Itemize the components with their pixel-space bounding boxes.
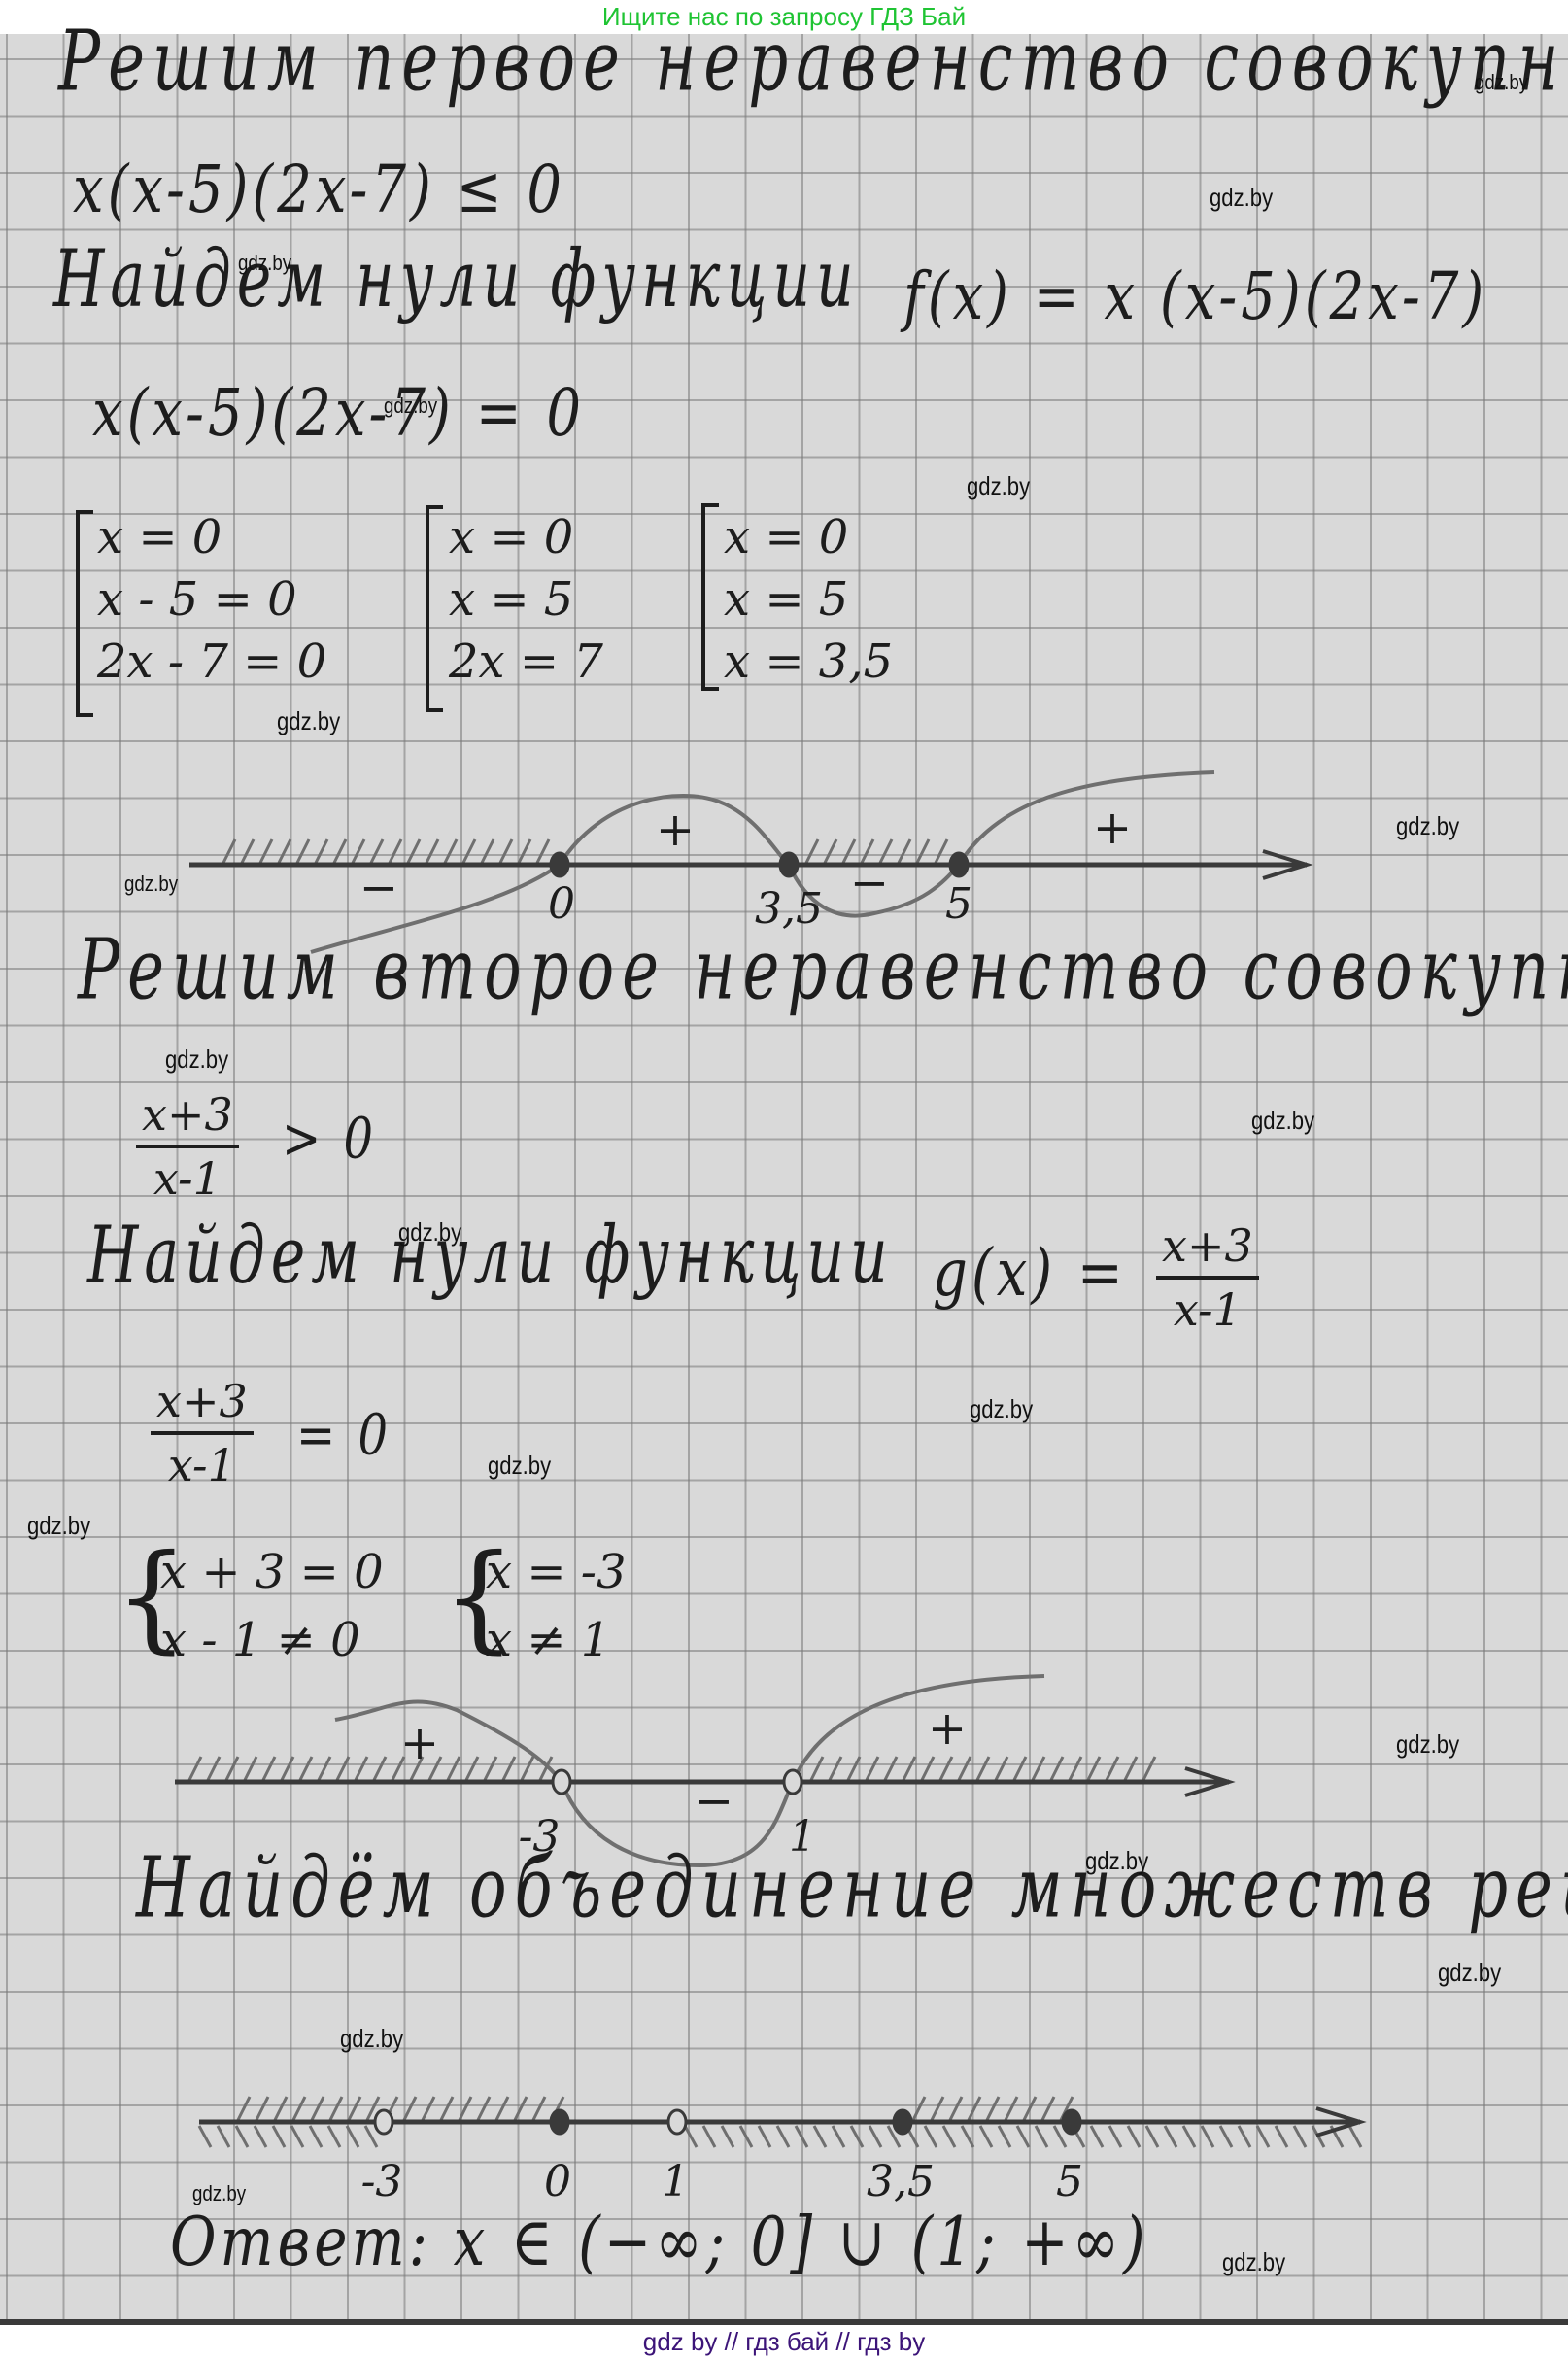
- part1-function: f(x) = x (x-5)(2x-7): [903, 259, 1487, 335]
- watermark: gdz.by: [165, 1044, 228, 1075]
- system-2: x = 0 x = 5 2x = 7: [449, 510, 603, 689]
- watermark: gdz.by: [238, 251, 291, 276]
- watermark: gdz.by: [1210, 183, 1273, 213]
- system-2-line-3: 2x = 7: [449, 634, 603, 689]
- svg-text:0: 0: [544, 2157, 571, 2206]
- svg-text:-3: -3: [361, 2157, 403, 2206]
- part2-function-name: g(x) =: [933, 1236, 1127, 1312]
- set-bracket-3: [701, 503, 719, 691]
- svg-text:5: 5: [1056, 2157, 1083, 2206]
- system-1: x = 0 x - 5 = 0 2x - 7 = 0: [97, 510, 326, 689]
- part1-heading: Решим первое неравенство совокупности: [58, 14, 1568, 111]
- part2-heading: Решим второе неравенство совокупности: [78, 922, 1568, 1019]
- part2-inequality-fraction: x+3 x-1: [136, 1088, 239, 1205]
- watermark: gdz.by: [967, 471, 1030, 501]
- watermark: gdz.by: [277, 706, 340, 736]
- part1-equation: x(x-5)(2x-7) = 0: [92, 376, 585, 452]
- system-3-line-1: x = 0: [724, 510, 893, 564]
- system-2-line-1: x = 0: [449, 510, 603, 564]
- system-1-line-3: 2x - 7 = 0: [97, 634, 326, 689]
- watermark: gdz.by: [192, 2181, 246, 2206]
- watermark: gdz.by: [1251, 1106, 1314, 1136]
- system-5-line-2: x ≠ 1: [486, 1613, 627, 1667]
- part2-zeros-heading: Найдем нули функции: [87, 1211, 894, 1303]
- svg-text:+: +: [1093, 801, 1132, 855]
- system-5: x = -3 x ≠ 1: [486, 1545, 627, 1667]
- watermark: gdz.by: [1222, 2247, 1285, 2277]
- watermark: gdz.by: [970, 1394, 1033, 1424]
- svg-text:−: −: [850, 856, 889, 910]
- watermark: gdz.by: [1085, 1846, 1148, 1876]
- svg-text:1: 1: [662, 2157, 689, 2206]
- svg-text:+: +: [400, 1716, 439, 1770]
- set-bracket-2: [426, 505, 443, 712]
- svg-text:+: +: [928, 1701, 967, 1756]
- part2-equation-fraction: x+3 x-1: [151, 1375, 254, 1491]
- system-2-line-2: x = 5: [449, 572, 603, 627]
- svg-text:−: −: [359, 861, 398, 915]
- svg-text:3,5: 3,5: [867, 2157, 935, 2206]
- part1-inequality: x(x-5)(2x-7) ≤ 0: [73, 153, 565, 228]
- watermark: gdz.by: [27, 1511, 90, 1541]
- watermark: gdz.by: [1396, 811, 1459, 841]
- system-4-line-1: x + 3 = 0: [160, 1545, 384, 1599]
- system-5-line-1: x = -3: [486, 1545, 627, 1599]
- part2-equation-relation: = 0: [296, 1403, 392, 1468]
- part2-inequality-relation: > 0: [282, 1107, 377, 1172]
- answer: Ответ: x ∈ (−∞; 0] ∪ (1; +∞): [170, 2202, 1149, 2281]
- part2-function-fraction: x+3 x-1: [1156, 1219, 1259, 1336]
- system-3-line-2: x = 5: [724, 572, 893, 627]
- footer-banner: gdz by // гдз бай // гдз by: [0, 2325, 1568, 2359]
- svg-text:−: −: [695, 1774, 733, 1829]
- watermark: gdz.by: [384, 393, 437, 419]
- set-bracket-1: [76, 510, 93, 717]
- part3-heading: Найдём объединение множеств решений: [136, 1840, 1568, 1937]
- footer-text: gdz by // гдз бай // гдз by: [643, 2327, 925, 2356]
- part1-zeros-heading: Найдем нули функции: [53, 234, 860, 326]
- svg-text:+: +: [656, 803, 695, 857]
- watermark: gdz.by: [340, 2024, 403, 2054]
- system-3: x = 0 x = 5 x = 3,5: [724, 510, 893, 689]
- system-1-line-2: x - 5 = 0: [97, 572, 326, 627]
- watermark: gdz.by: [1396, 1729, 1459, 1760]
- watermark: gdz.by: [1475, 70, 1528, 95]
- watermark: gdz.by: [488, 1451, 551, 1481]
- system-1-line-1: x = 0: [97, 510, 326, 564]
- system-4-line-2: x - 1 ≠ 0: [160, 1613, 384, 1667]
- watermark: gdz.by: [124, 872, 178, 897]
- watermark: gdz.by: [398, 1217, 461, 1248]
- system-4: x + 3 = 0 x - 1 ≠ 0: [160, 1545, 384, 1667]
- system-3-line-3: x = 3,5: [724, 634, 893, 689]
- watermark: gdz.by: [1438, 1958, 1501, 1988]
